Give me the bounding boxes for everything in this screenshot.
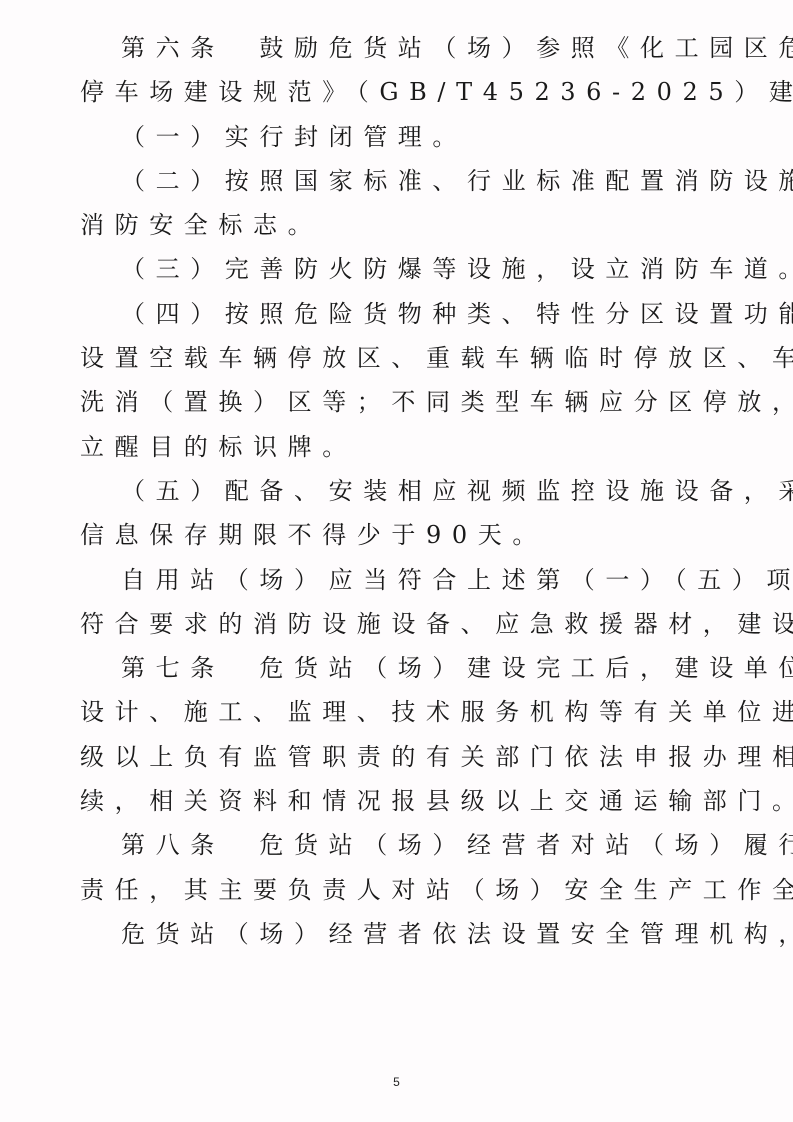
self-use-station-line-2: 符合要求的消防设施设备、应急救援器材，建设消防车道。	[80, 602, 720, 646]
document-page: 第六条 鼓励危货站（场）参照《化工园区危险品运输车辆 停车场建设规范》（GB/T…	[0, 0, 793, 1122]
item-4-line-1: （四）按照危险货物种类、特性分区设置功能区，根据需要	[80, 292, 720, 336]
item-4-line-4: 立醒目的标识牌。	[80, 425, 720, 469]
item-2-line-1: （二）按照国家标准、行业标准配置消防设施、器材，设置	[80, 159, 720, 203]
article-7-line-3: 级以上负有监管职责的有关部门依法申报办理相关验收备案手	[80, 735, 720, 779]
article-6-line-2: 停车场建设规范》（GB/T45236-2025）建设，并符合以下标准：	[80, 70, 720, 114]
item-4-line-2: 设置空载车辆停放区、重载车辆临时停放区、车辆维修区、车辆	[80, 336, 720, 380]
article-8-line-1: 第八条 危货站（场）经营者对站（场）履行安全生产主体	[80, 823, 720, 867]
item-4-line-3: 洗消（置换）区等；不同类型车辆应分区停放，每个区域均应设	[80, 380, 720, 424]
article-7-line-1: 第七条 危货站（场）建设完工后，建设单位应当组织工程	[80, 646, 720, 690]
item-2-line-2: 消防安全标志。	[80, 203, 720, 247]
item-5-line-1: （五）配备、安装相应视频监控设施设备，采集的视频图像	[80, 469, 720, 513]
self-use-station-line-1: 自用站（场）应当符合上述第（一）（五）项规定，并配备	[80, 558, 720, 602]
item-3-line: （三）完善防火防爆等设施，设立消防车道。	[80, 247, 720, 291]
page-number: 5	[0, 1075, 793, 1089]
item-1-line: （一）实行封闭管理。	[80, 115, 720, 159]
document-body: 第六条 鼓励危货站（场）参照《化工园区危险品运输车辆 停车场建设规范》（GB/T…	[80, 26, 720, 956]
article-8-line-2: 责任，其主要负责人对站（场）安全生产工作全面负责。	[80, 868, 720, 912]
item-5-line-2: 信息保存期限不得少于90天。	[80, 513, 720, 557]
article-8-paragraph-2-line-1: 危货站（场）经营者依法设置安全管理机构，配备与危货站	[80, 912, 720, 956]
article-7-line-2: 设计、施工、监理、技术服务机构等有关单位进行验收，并向县	[80, 690, 720, 734]
article-6-heading-line: 第六条 鼓励危货站（场）参照《化工园区危险品运输车辆	[80, 26, 720, 70]
article-7-line-4: 续，相关资料和情况报县级以上交通运输部门。	[80, 779, 720, 823]
